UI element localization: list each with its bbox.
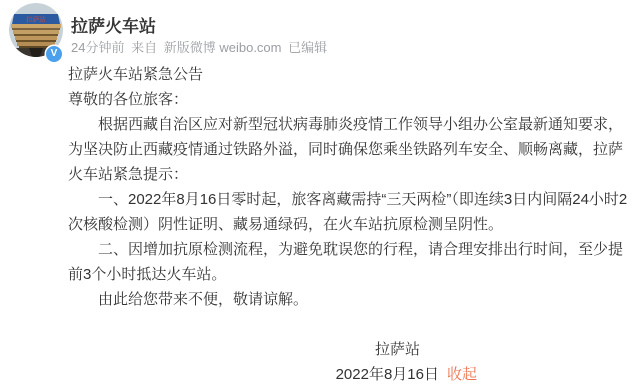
author-name[interactable]: 拉萨火车站 [71,12,156,37]
content-paragraph: 由此给您带来不便，敬请谅解。 [68,287,633,312]
signature: 拉萨站 [68,337,633,362]
content-title: 拉萨火车站紧急公告 [68,62,633,87]
content-salutation: 尊敬的各位旅客： [68,87,633,112]
source-link[interactable]: 新版微博 weibo.com [164,40,282,55]
edited-label: 已编辑 [288,40,327,55]
weibo-post: 拉萨站 V 拉萨火车站 24分钟前 来自 新版微博 weibo.com 已编辑 [0,0,640,385]
avatar[interactable]: 拉萨站 V [9,3,63,57]
content-paragraph: 根据西藏自治区应对新型冠状病毒肺炎疫情工作领导小组办公室最新通知要求，为坚决防止… [68,112,633,187]
post-content: 拉萨火车站紧急公告 尊敬的各位旅客： 根据西藏自治区应对新型冠状病毒肺炎疫情工作… [68,62,633,385]
collapse-link[interactable]: 收起 [447,366,477,383]
post-date: 2022年8月16日 [336,366,439,383]
avatar-sign-text: 拉萨站 [26,15,46,24]
content-paragraph: 一、2022年8月16日零时起，旅客离藏需持“三天两检”（即连续3日内间隔24小… [68,187,633,237]
post-meta: 24分钟前 来自 新版微博 weibo.com 已编辑 [71,37,330,56]
verified-badge-icon: V [46,46,62,62]
content-paragraph: 二、因增加抗原检测流程，为避免耽误您的行程，请合理安排出行时间，至少提前3个小时… [68,237,633,287]
date-line: 2022年8月16日收起 [68,362,633,385]
post-time: 24分钟前 [71,40,124,55]
source-prefix: 来自 [131,40,157,55]
